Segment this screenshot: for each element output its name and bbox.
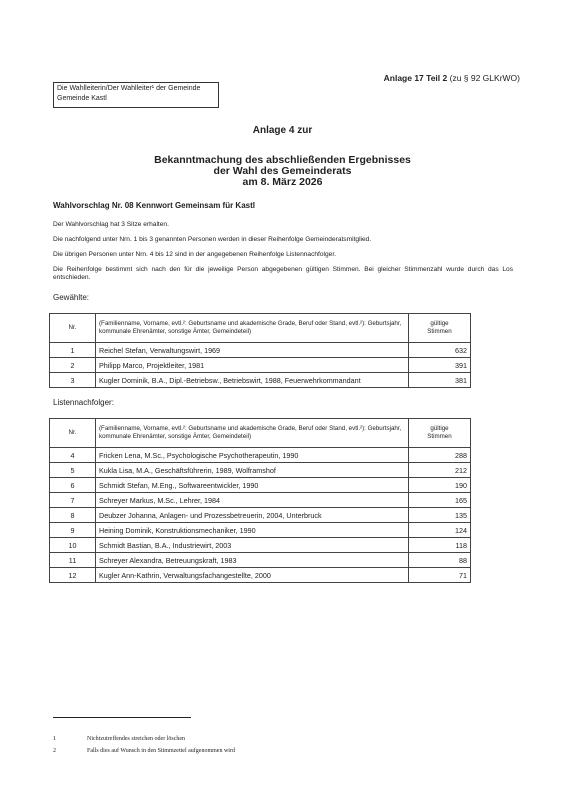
table-row: 5Kukla Lisa, M.A., Geschäftsführerin, 19… [50,463,471,478]
table-row: 8Deubzer Johanna, Anlagen- und Prozessbe… [50,508,471,523]
footnote-1: 1Nichtzutreffendes streichen oder lösche… [53,736,185,742]
row-number: 3 [50,373,96,388]
paragraph-seats: Der Wahlvorschlag hat 3 Sitze erhalten. [53,221,513,229]
issuer-municipality: Gemeinde Kastl [57,94,215,104]
col-description: (Familienname, Vorname, evtl.²: Geburtsn… [96,314,409,343]
successors-label: Listennachfolger: [53,398,114,407]
elected-table: Nr. (Familienname, Vorname, evtl.²: Gebu… [49,313,471,388]
issuer-box: Die Wahlleiterin/Der Wahlleiter¹ der Gem… [53,82,219,108]
table-header-row: Nr. (Familienname, Vorname, evtl.²: Gebu… [50,314,471,343]
row-votes: 165 [409,493,471,508]
paragraph-successors: Die übrigen Personen unter Nrn. 4 bis 12… [53,251,513,259]
table-row: 6Schmidt Stefan, M.Eng., Softwareentwick… [50,478,471,493]
row-votes: 118 [409,538,471,553]
table-row: 3Kugler Dominik, B.A., Dipl.-Betriebsw.,… [50,373,471,388]
paragraph-order: Die Reihenfolge bestimmt sich nach den f… [53,266,513,282]
annex-title: Anlage 4 zur [0,125,565,136]
table-row: 12Kugler Ann-Kathrin, Verwaltungsfachang… [50,568,471,583]
row-number: 11 [50,553,96,568]
row-votes: 391 [409,358,471,373]
table-row: 7Schreyer Markus, M.Sc., Lehrer, 1984165 [50,493,471,508]
row-number: 9 [50,523,96,538]
footnote-divider [53,717,191,718]
row-votes: 88 [409,553,471,568]
row-description: Reichel Stefan, Verwaltungswirt, 1969 [96,343,409,358]
row-description: Kugler Dominik, B.A., Dipl.-Betriebsw., … [96,373,409,388]
row-votes: 190 [409,478,471,493]
row-description: Philipp Marco, Projektleiter, 1981 [96,358,409,373]
table-row: 9Heining Dominik, Konstruktionsmechanike… [50,523,471,538]
row-votes: 71 [409,568,471,583]
table-row: 11Schreyer Alexandra, Betreuungskraft, 1… [50,553,471,568]
page-title: Bekanntmachung des abschließenden Ergebn… [0,155,565,188]
row-votes: 124 [409,523,471,538]
row-number: 4 [50,448,96,463]
elected-label: Gewählte: [53,293,89,302]
paragraph-elected: Die nachfolgend unter Nrn. 1 bis 3 genan… [53,236,513,244]
row-votes: 381 [409,373,471,388]
row-votes: 212 [409,463,471,478]
issuer-line: Die Wahlleiterin/Der Wahlleiter¹ der Gem… [57,84,215,94]
table-row: 10Schmidt Bastian, B.A., Industriewirt, … [50,538,471,553]
successors-table: Nr. (Familienname, Vorname, evtl.²: Gebu… [49,418,471,583]
row-description: Deubzer Johanna, Anlagen- und Prozessbet… [96,508,409,523]
row-number: 12 [50,568,96,583]
row-description: Kukla Lisa, M.A., Geschäftsführerin, 198… [96,463,409,478]
table-row: 4Fricken Lena, M.Sc., Psychologische Psy… [50,448,471,463]
row-description: Schmidt Bastian, B.A., Industriewirt, 20… [96,538,409,553]
row-votes: 632 [409,343,471,358]
table-row: 2Philipp Marco, Projektleiter, 1981391 [50,358,471,373]
col-votes: gültigeStimmen [409,314,471,343]
row-number: 7 [50,493,96,508]
table-row: 1Reichel Stefan, Verwaltungswirt, 196963… [50,343,471,358]
row-description: Heining Dominik, Konstruktionsmechaniker… [96,523,409,538]
row-description: Schmidt Stefan, M.Eng., Softwareentwickl… [96,478,409,493]
row-number: 6 [50,478,96,493]
row-votes: 135 [409,508,471,523]
footnote-2: 2Falls dies auf Wunsch in den Stimmzette… [53,748,235,754]
row-votes: 288 [409,448,471,463]
row-number: 1 [50,343,96,358]
annex-reference: Anlage 17 Teil 2 (zu § 92 GLKrWO) [384,73,520,83]
col-nr: Nr. [50,419,96,448]
row-number: 10 [50,538,96,553]
row-description: Schreyer Markus, M.Sc., Lehrer, 1984 [96,493,409,508]
proposal-heading: Wahlvorschlag Nr. 08 Kennwort Gemeinsam … [53,201,255,210]
col-votes: gültigeStimmen [409,419,471,448]
row-description: Schreyer Alexandra, Betreuungskraft, 198… [96,553,409,568]
col-description: (Familienname, Vorname, evtl.²: Geburtsn… [96,419,409,448]
row-number: 2 [50,358,96,373]
row-number: 8 [50,508,96,523]
row-description: Fricken Lena, M.Sc., Psychologische Psyc… [96,448,409,463]
row-number: 5 [50,463,96,478]
table-header-row: Nr. (Familienname, Vorname, evtl.²: Gebu… [50,419,471,448]
row-description: Kugler Ann-Kathrin, Verwaltungsfachanges… [96,568,409,583]
col-nr: Nr. [50,314,96,343]
